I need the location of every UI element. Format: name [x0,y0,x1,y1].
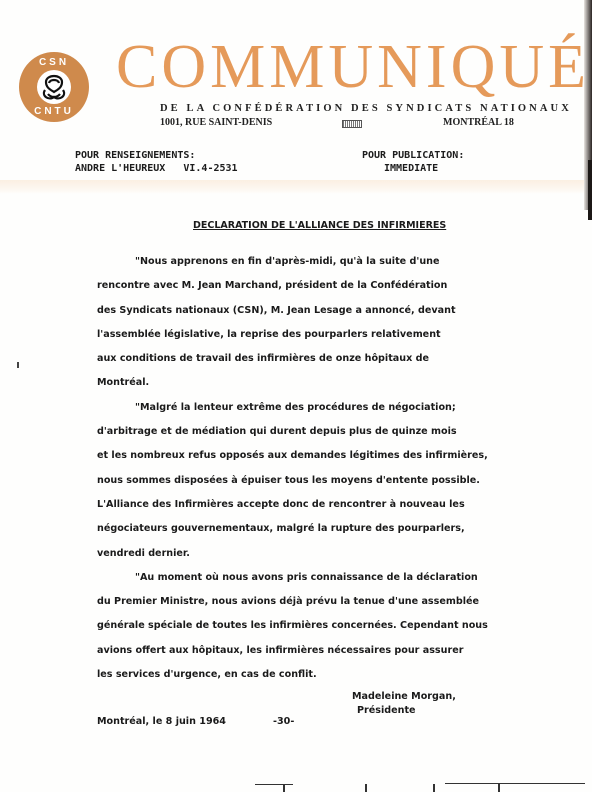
document-title: DECLARATION DE L'ALLIANCE DES INFIRMIERE… [193,220,446,231]
stray-mark [17,362,19,368]
text-line: "Au moment où nous avons pris connaissan… [97,566,537,590]
document-body: "Nous apprenons en fin d'après-midi, qu'… [97,250,537,687]
publication-value: IMMEDIATE [362,162,464,175]
paragraph: "Au moment où nous avons pris connaissan… [97,566,537,687]
text-line: l'assemblée législative, la reprise des … [97,323,537,347]
text-line: Montréal. [97,371,537,395]
masthead-subheading: DE LA CONFÉDÉRATION DES SYNDICATS NATION… [160,103,572,114]
signature-block: Madeleine Morgan, Présidente [352,690,456,718]
signature-title: Présidente [352,704,456,718]
bottom-edge-marks [0,780,592,792]
text-line: et les nombreux refus opposés aux demand… [97,444,537,468]
text-line: nous sommes disposées à épuiser tous les… [97,469,537,493]
logo-bottom-text: CNTU [19,106,89,117]
publication-label: POUR PUBLICATION: [362,149,464,162]
text-line: rencontre avec M. Jean Marchand, préside… [97,274,537,298]
dateline: Montréal, le 8 juin 1964 [97,716,226,727]
text-line: avions offert aux hôpitaux, les infirmiè… [97,639,537,663]
text-line: d'arbitrage et de médiation qui durent d… [97,420,537,444]
text-line: vendredi dernier. [97,542,537,566]
contact-info: POUR RENSEIGNEMENTS: ANDRE L'HEUREUX VI.… [75,149,238,175]
publication-info: POUR PUBLICATION: IMMEDIATE [362,149,464,175]
text-line: du Premier Ministre, nous avions déjà pr… [97,590,537,614]
paragraph: "Nous apprenons en fin d'après-midi, qu'… [97,250,537,396]
masthead-title: COMMUNIQUÉ [116,36,590,98]
street-address: 1001, RUE SAINT-DENIS [160,117,272,128]
page-edge-shadow [588,160,592,220]
signature-name: Madeleine Morgan, [352,690,456,704]
paragraph: "Malgré la lenteur extrême des procédure… [97,396,537,566]
header-tint-band [0,180,584,194]
text-line: "Malgré la lenteur extrême des procédure… [97,396,537,420]
logo-top-text: CSN [19,57,89,68]
text-line: les services d'urgence, en cas de confli… [97,663,537,687]
text-line: aux conditions de travail des infirmière… [97,347,537,371]
end-mark: -30- [273,716,294,727]
city-address: MONTRÉAL 18 [443,117,514,128]
text-line: L'Alliance des Infirmières accepte donc … [97,493,537,517]
union-label-icon [342,120,362,128]
text-line: négociateurs gouvernementaux, malgré la … [97,517,537,541]
text-line: "Nous apprenons en fin d'après-midi, qu'… [97,250,537,274]
text-line: des Syndicats nationaux (CSN), M. Jean L… [97,299,537,323]
contact-value: ANDRE L'HEUREUX VI.4-2531 [75,162,238,175]
csn-logo: CSN CNTU [19,52,89,122]
document-page: CSN CNTU COMMUNIQUÉ DE LA CONFÉDÉRATION … [0,0,592,792]
contact-label: POUR RENSEIGNEMENTS: [75,149,238,162]
text-line: générale spéciale de toutes les infirmiè… [97,614,537,638]
